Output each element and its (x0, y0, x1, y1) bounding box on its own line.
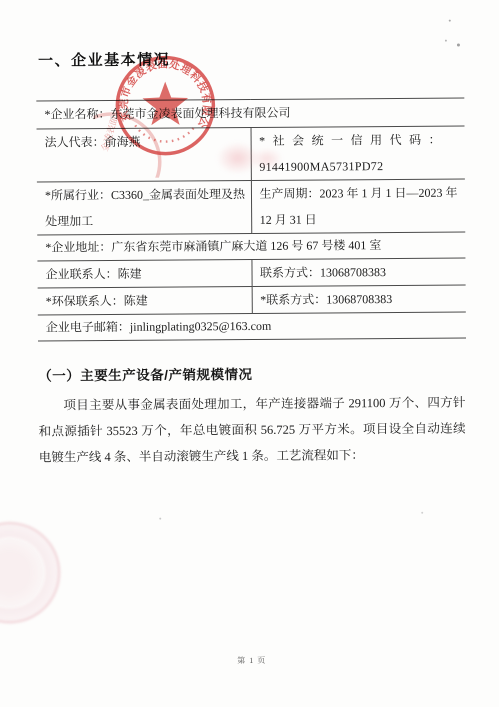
scan-speck (421, 512, 423, 514)
scan-speck (457, 44, 460, 47)
scan-speck (159, 518, 161, 520)
cell-industry: *所属行业：C3360_金属表面处理及热处理加工 (37, 180, 251, 234)
cell-company-address: *企业地址：广东省东莞市麻涌镇广麻大道 126 号 67 号楼 401 室 (37, 232, 465, 261)
cell-company-contact: 企业联系人：陈建 (37, 259, 251, 287)
star-icon (142, 81, 188, 125)
credit-code-label: *社会统一信用代码： (259, 127, 461, 154)
cell-production-period: 生产周期：2023 年 1 月 1 日—2023 年 12 月 31 日 (251, 179, 465, 233)
seal-ghost-text: 金凌表面 (98, 115, 119, 153)
table-row: *所属行业：C3360_金属表面处理及热处理加工 生产周期：2023 年 1 月… (37, 179, 465, 235)
cell-env-contact-phone: *联系方式：13068708383 (252, 285, 466, 313)
page-number: 第 1 页 (2, 653, 499, 667)
cell-env-contact: *环保联系人：陈建 (38, 286, 252, 314)
table-row: *环保联系人：陈建 *联系方式：13068708383 (38, 285, 466, 315)
scanned-content: 一、企业基本情况 *企业名称：东莞市金凌表面处理科技有限公司 法人代表：俞海燕 … (0, 0, 499, 707)
ink-smudge (251, 148, 283, 170)
cell-contact-phone: 联系方式：13068708383 (251, 258, 465, 286)
table-row: 企业联系人：陈建 联系方式：13068708383 (37, 258, 465, 288)
cell-company-email: 企业电子邮箱：jinlingplating0325@163.com (38, 312, 466, 341)
cell-credit-code: *社会统一信用代码： 91441900MA5731PD72 (251, 126, 465, 180)
credit-code-value: 91441900MA5731PD72 (259, 153, 461, 180)
table-row: 企业电子邮箱：jinlingplating0325@163.com (38, 312, 466, 341)
document-page: 一、企业基本情况 *企业名称：东莞市金凌表面处理科技有限公司 法人代表：俞海燕 … (0, 0, 499, 707)
table-row: *企业地址：广东省东莞市麻涌镇广麻大道 126 号 67 号楼 401 室 (37, 232, 465, 261)
faded-seal-ghost (0, 521, 61, 624)
body-paragraph: 项目主要从事金属表面处理加工，年产连接器端子 291100 万个、四方针和点源插… (38, 389, 466, 470)
scan-speck (449, 20, 451, 22)
section-heading: （一）主要生产设备/产销规模情况 (38, 363, 252, 384)
scan-speck (445, 40, 447, 42)
